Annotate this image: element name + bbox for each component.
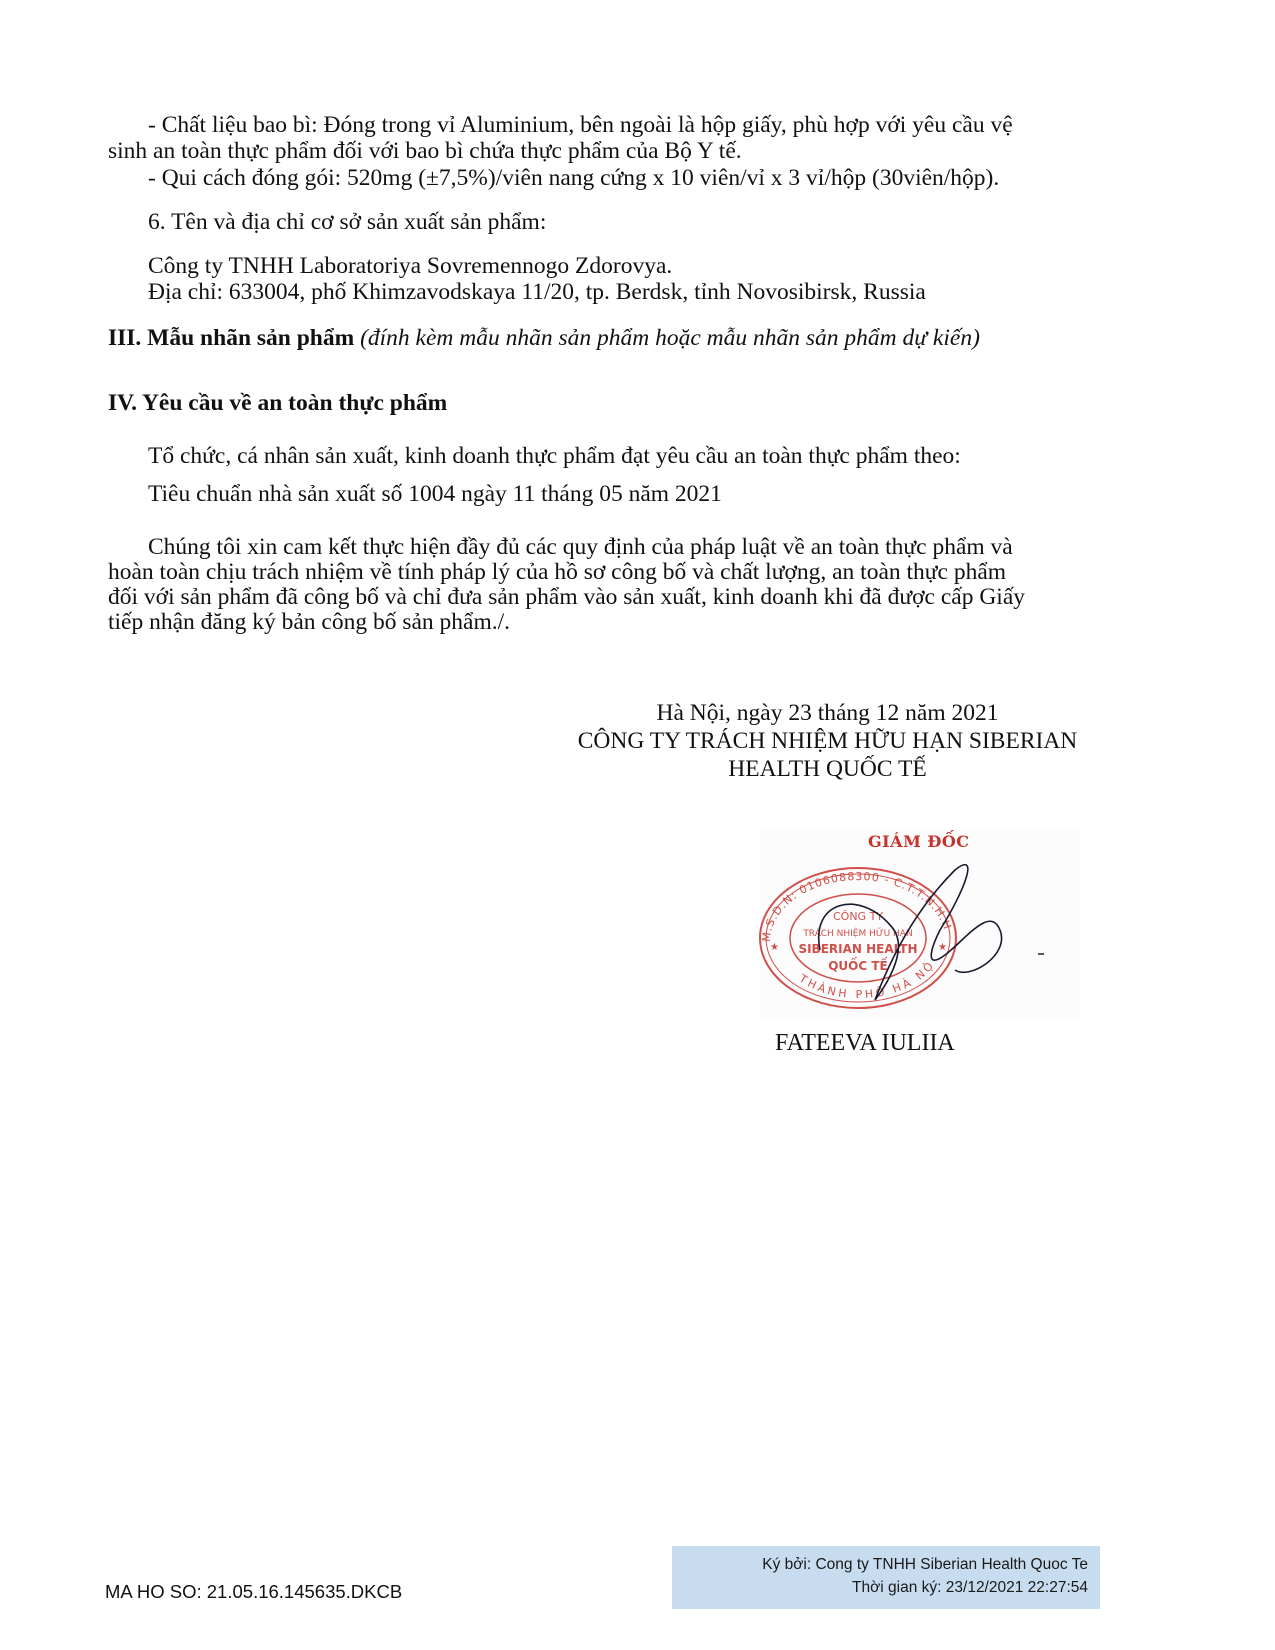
digital-signature-box: Ký bởi: Cong ty TNHH Siberian Health Quo… <box>672 1546 1100 1609</box>
director-title: GIÁM ĐỐC <box>868 832 970 851</box>
item6-heading: 6. Tên và địa chỉ cơ sở sản xuất sản phẩ… <box>148 209 546 235</box>
signed-time: Thời gian ký: 23/12/2021 22:27:54 <box>852 1579 1088 1597</box>
signed-by: Ký bởi: Cong ty TNHH Siberian Health Quo… <box>762 1556 1088 1574</box>
section-iv-intro: Tổ chức, cá nhân sản xuất, kinh doanh th… <box>148 443 961 469</box>
manufacturer-name: Công ty TNHH Laboratoriya Sovremennogo Z… <box>148 253 672 279</box>
company-name-line-1: CÔNG TY TRÁCH NHIỆM HỮU HẠN SIBERIAN <box>540 728 1115 754</box>
commitment-line-1: Chúng tôi xin cam kết thực hiện đầy đủ c… <box>148 534 1013 560</box>
section-iv-standard: Tiêu chuẩn nhà sản xuất số 1004 ngày 11 … <box>148 481 722 507</box>
section-iii: III. Mẫu nhãn sản phẩm (đính kèm mẫu nhã… <box>108 325 980 351</box>
svg-text:★: ★ <box>770 942 779 953</box>
svg-text:★: ★ <box>938 942 947 953</box>
signer-name: FATEEVA IULIIA <box>775 1030 955 1056</box>
commitment-line-2: hoàn toàn chịu trách nhiệm về tính pháp … <box>108 559 1006 585</box>
dossier-code: MA HO SO: 21.05.16.145635.DKCB <box>105 1581 402 1603</box>
commitment-line-4: tiếp nhận đăng ký bản công bố sản phẩm./… <box>108 609 510 635</box>
stamp-inner-4: QUỐC TẾ <box>828 956 888 973</box>
company-stamp-icon: M.S.D.N: 0106088300 - C.T.T.N.H.H THÀNH … <box>740 850 1070 1030</box>
packing-spec-line: - Qui cách đóng gói: 520mg (±7,5%)/viên … <box>148 165 999 191</box>
section-iii-heading: III. Mẫu nhãn sản phẩm <box>108 325 354 351</box>
company-name-line-2: HEALTH QUỐC TẾ <box>540 756 1115 782</box>
section-iv-heading: IV. Yêu cầu về an toàn thực phẩm <box>108 390 447 416</box>
packaging-material-line: - Chất liệu bao bì: Đóng trong vỉ Alumin… <box>148 112 1013 138</box>
place-date: Hà Nội, ngày 23 tháng 12 năm 2021 <box>540 700 1115 726</box>
manufacturer-address: Địa chỉ: 633004, phố Khimzavodskaya 11/2… <box>148 279 926 305</box>
section-iii-note: (đính kèm mẫu nhãn sản phẩm hoặc mẫu nhã… <box>360 325 980 351</box>
commitment-line-3: đối với sản phẩm đã công bố và chỉ đưa s… <box>108 584 1025 610</box>
packaging-material-cont-line: sinh an toàn thực phẩm đối với bao bì ch… <box>108 138 742 164</box>
